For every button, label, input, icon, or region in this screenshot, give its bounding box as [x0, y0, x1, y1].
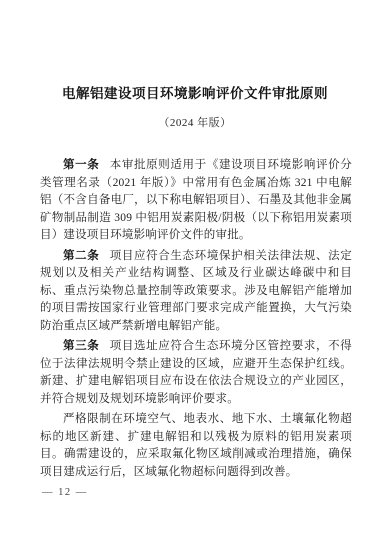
paragraph-article-1: 第一条本审批原则适用于《建设项目环境影响评价分类管理名录（2021 年版）》中常… — [40, 157, 352, 245]
paragraph-article-2: 第二条项目应符合生态环境保护相关法律法规、法定规划以及相关产业结构调整、区域及行… — [40, 248, 352, 336]
paragraph-article-3-continued: 严格限制在环境空气、地表水、地下水、土壤氟化物超标的地区新建、扩建电解铝和以残极… — [40, 411, 352, 481]
article-2-number-label: 第二条 — [63, 250, 99, 262]
paragraph-article-3: 第三条项目选址应符合生态环境分区管控要求，不得位于法律法规明令禁止建设的区域，应… — [40, 338, 352, 408]
article-3-continued-text: 严格限制在环境空气、地表水、地下水、土壤氟化物超标的地区新建、扩建电解铝和以残极… — [40, 413, 352, 478]
article-1-text: 本审批原则适用于《建设项目环境影响评价分类管理名录（2021 年版）》中常用有色… — [40, 159, 352, 241]
document-body: 第一条本审批原则适用于《建设项目环境影响评价分类管理名录（2021 年版）》中常… — [0, 157, 390, 481]
document-edition-subtitle: （2024 年版） — [0, 117, 390, 129]
article-3-number-label: 第三条 — [63, 340, 99, 352]
page-number: — 12 — — [42, 487, 88, 498]
article-1-number-label: 第一条 — [63, 159, 99, 171]
document-page: 电解铝建设项目环境影响评价文件审批原则 （2024 年版） 第一条本审批原则适用… — [0, 0, 390, 551]
document-title: 电解铝建设项目环境影响评价文件审批原则 — [0, 87, 390, 101]
